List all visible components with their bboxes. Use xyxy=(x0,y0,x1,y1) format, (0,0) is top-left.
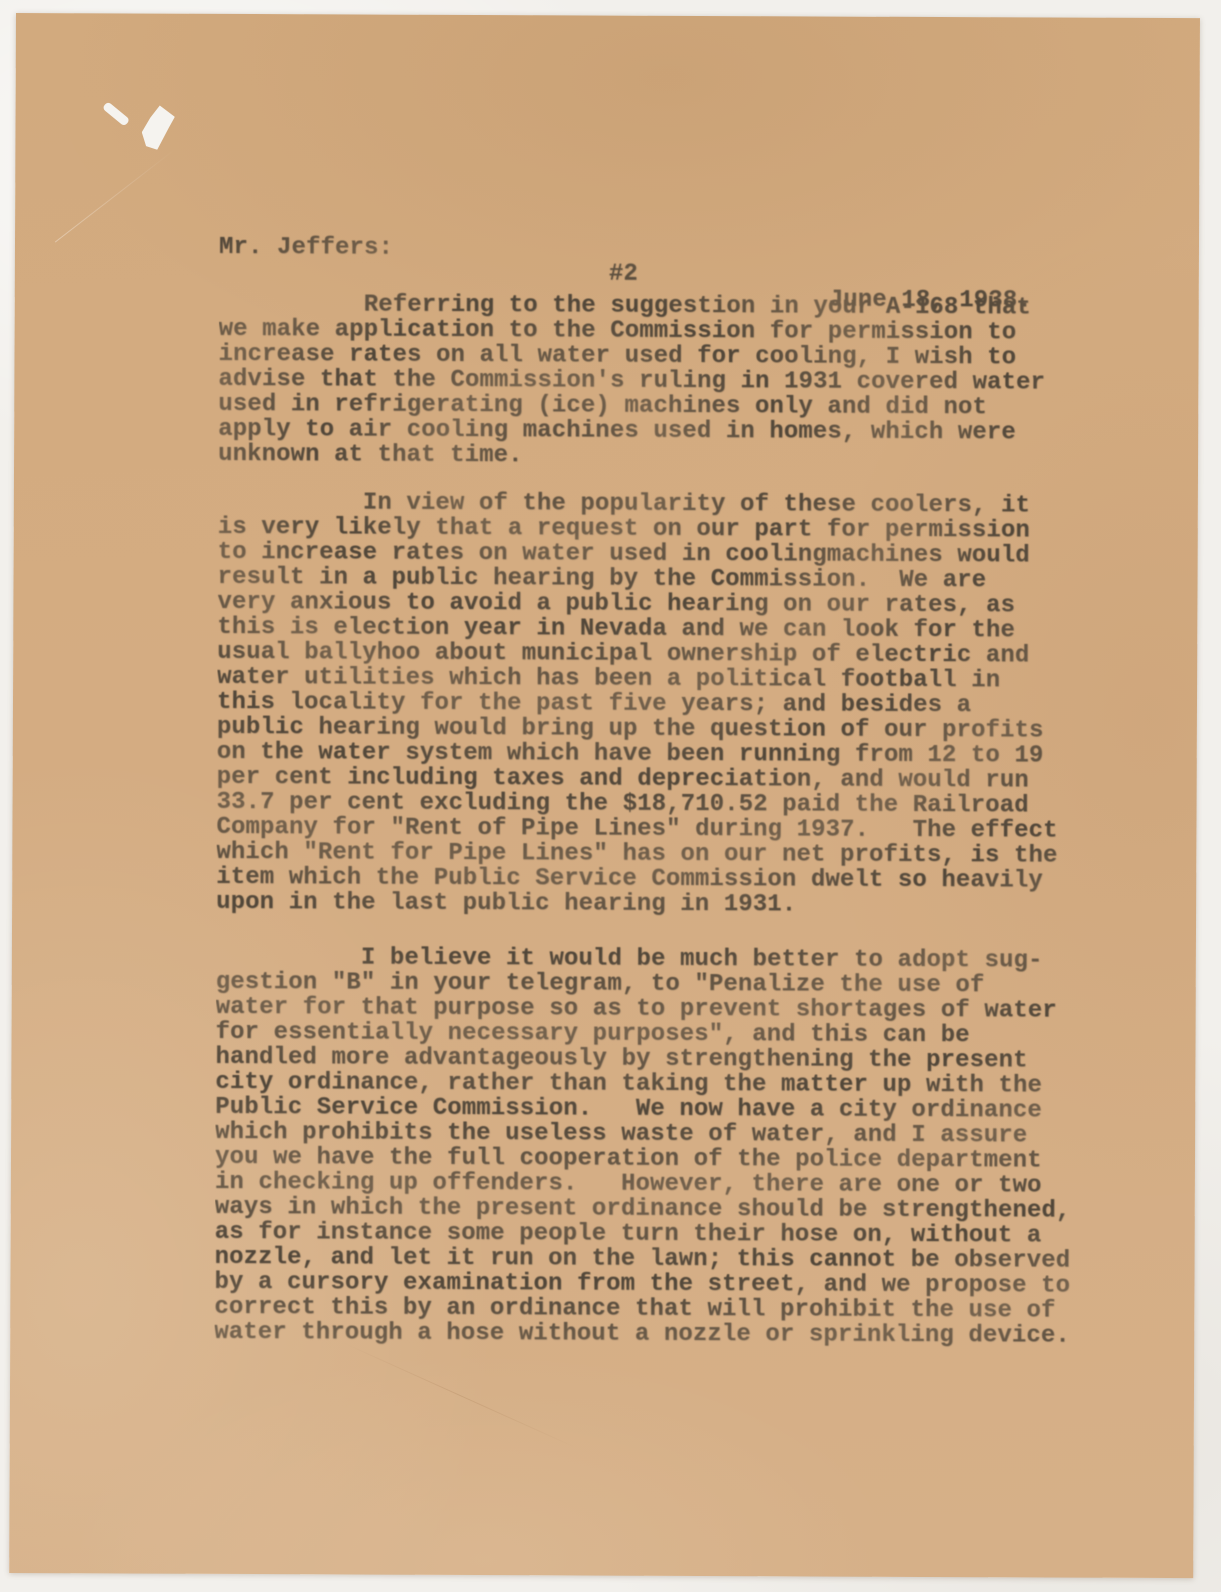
paper-tear-mark xyxy=(102,101,130,126)
recipient-line: Mr. Jeffers: xyxy=(219,235,393,261)
paragraph-2: In view of the popularity of these coole… xyxy=(216,490,1102,919)
letter-body: Mr. Jeffers: #2 June 18, 1938. Referring… xyxy=(214,210,1103,1349)
letter-paper: Mr. Jeffers: #2 June 18, 1938. Referring… xyxy=(9,13,1200,1578)
paragraph-3: I believe it would be much better to ado… xyxy=(214,945,1100,1349)
paragraph-1: Referring to the suggestion in your A-16… xyxy=(218,292,1103,471)
date-line: June 18, 1938. xyxy=(829,288,1032,314)
paper-tear-mark xyxy=(140,105,177,151)
paper-scratch xyxy=(341,1342,578,1450)
page-number: #2 xyxy=(609,262,638,287)
paper-scratch xyxy=(55,125,206,242)
letter-header: Mr. Jeffers: #2 June 18, 1938. xyxy=(219,210,1103,239)
